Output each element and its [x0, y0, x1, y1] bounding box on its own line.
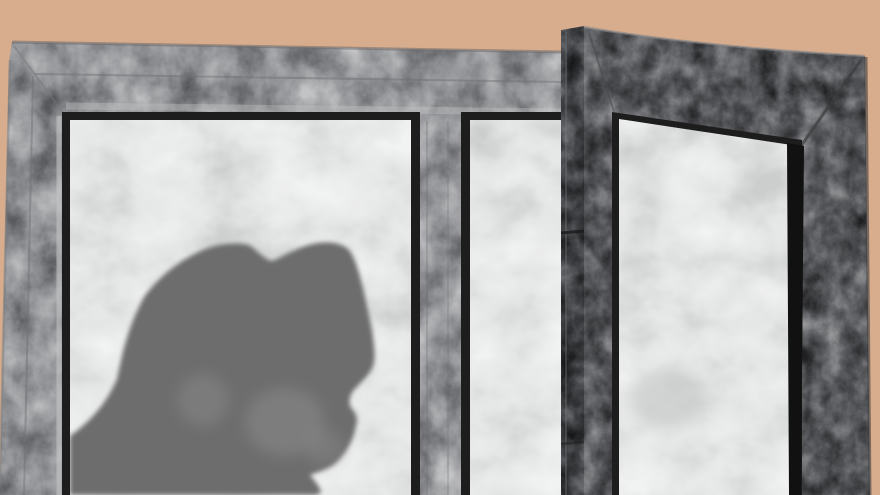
illustration — [0, 0, 880, 495]
sash-glass — [619, 119, 792, 495]
middle-pane-glass — [470, 120, 565, 495]
silhouette-ear-highlight — [177, 374, 229, 426]
illustration-canvas — [0, 0, 880, 495]
sash-glass-smudge — [630, 368, 706, 428]
sash-glass-black-band — [787, 143, 804, 495]
sash-hinge-strip — [561, 26, 584, 495]
sash-glass-detail — [630, 368, 706, 428]
silhouette-jaw-highlight — [305, 430, 345, 466]
hinge-line-upper — [561, 231, 584, 233]
open-sash — [561, 26, 870, 495]
